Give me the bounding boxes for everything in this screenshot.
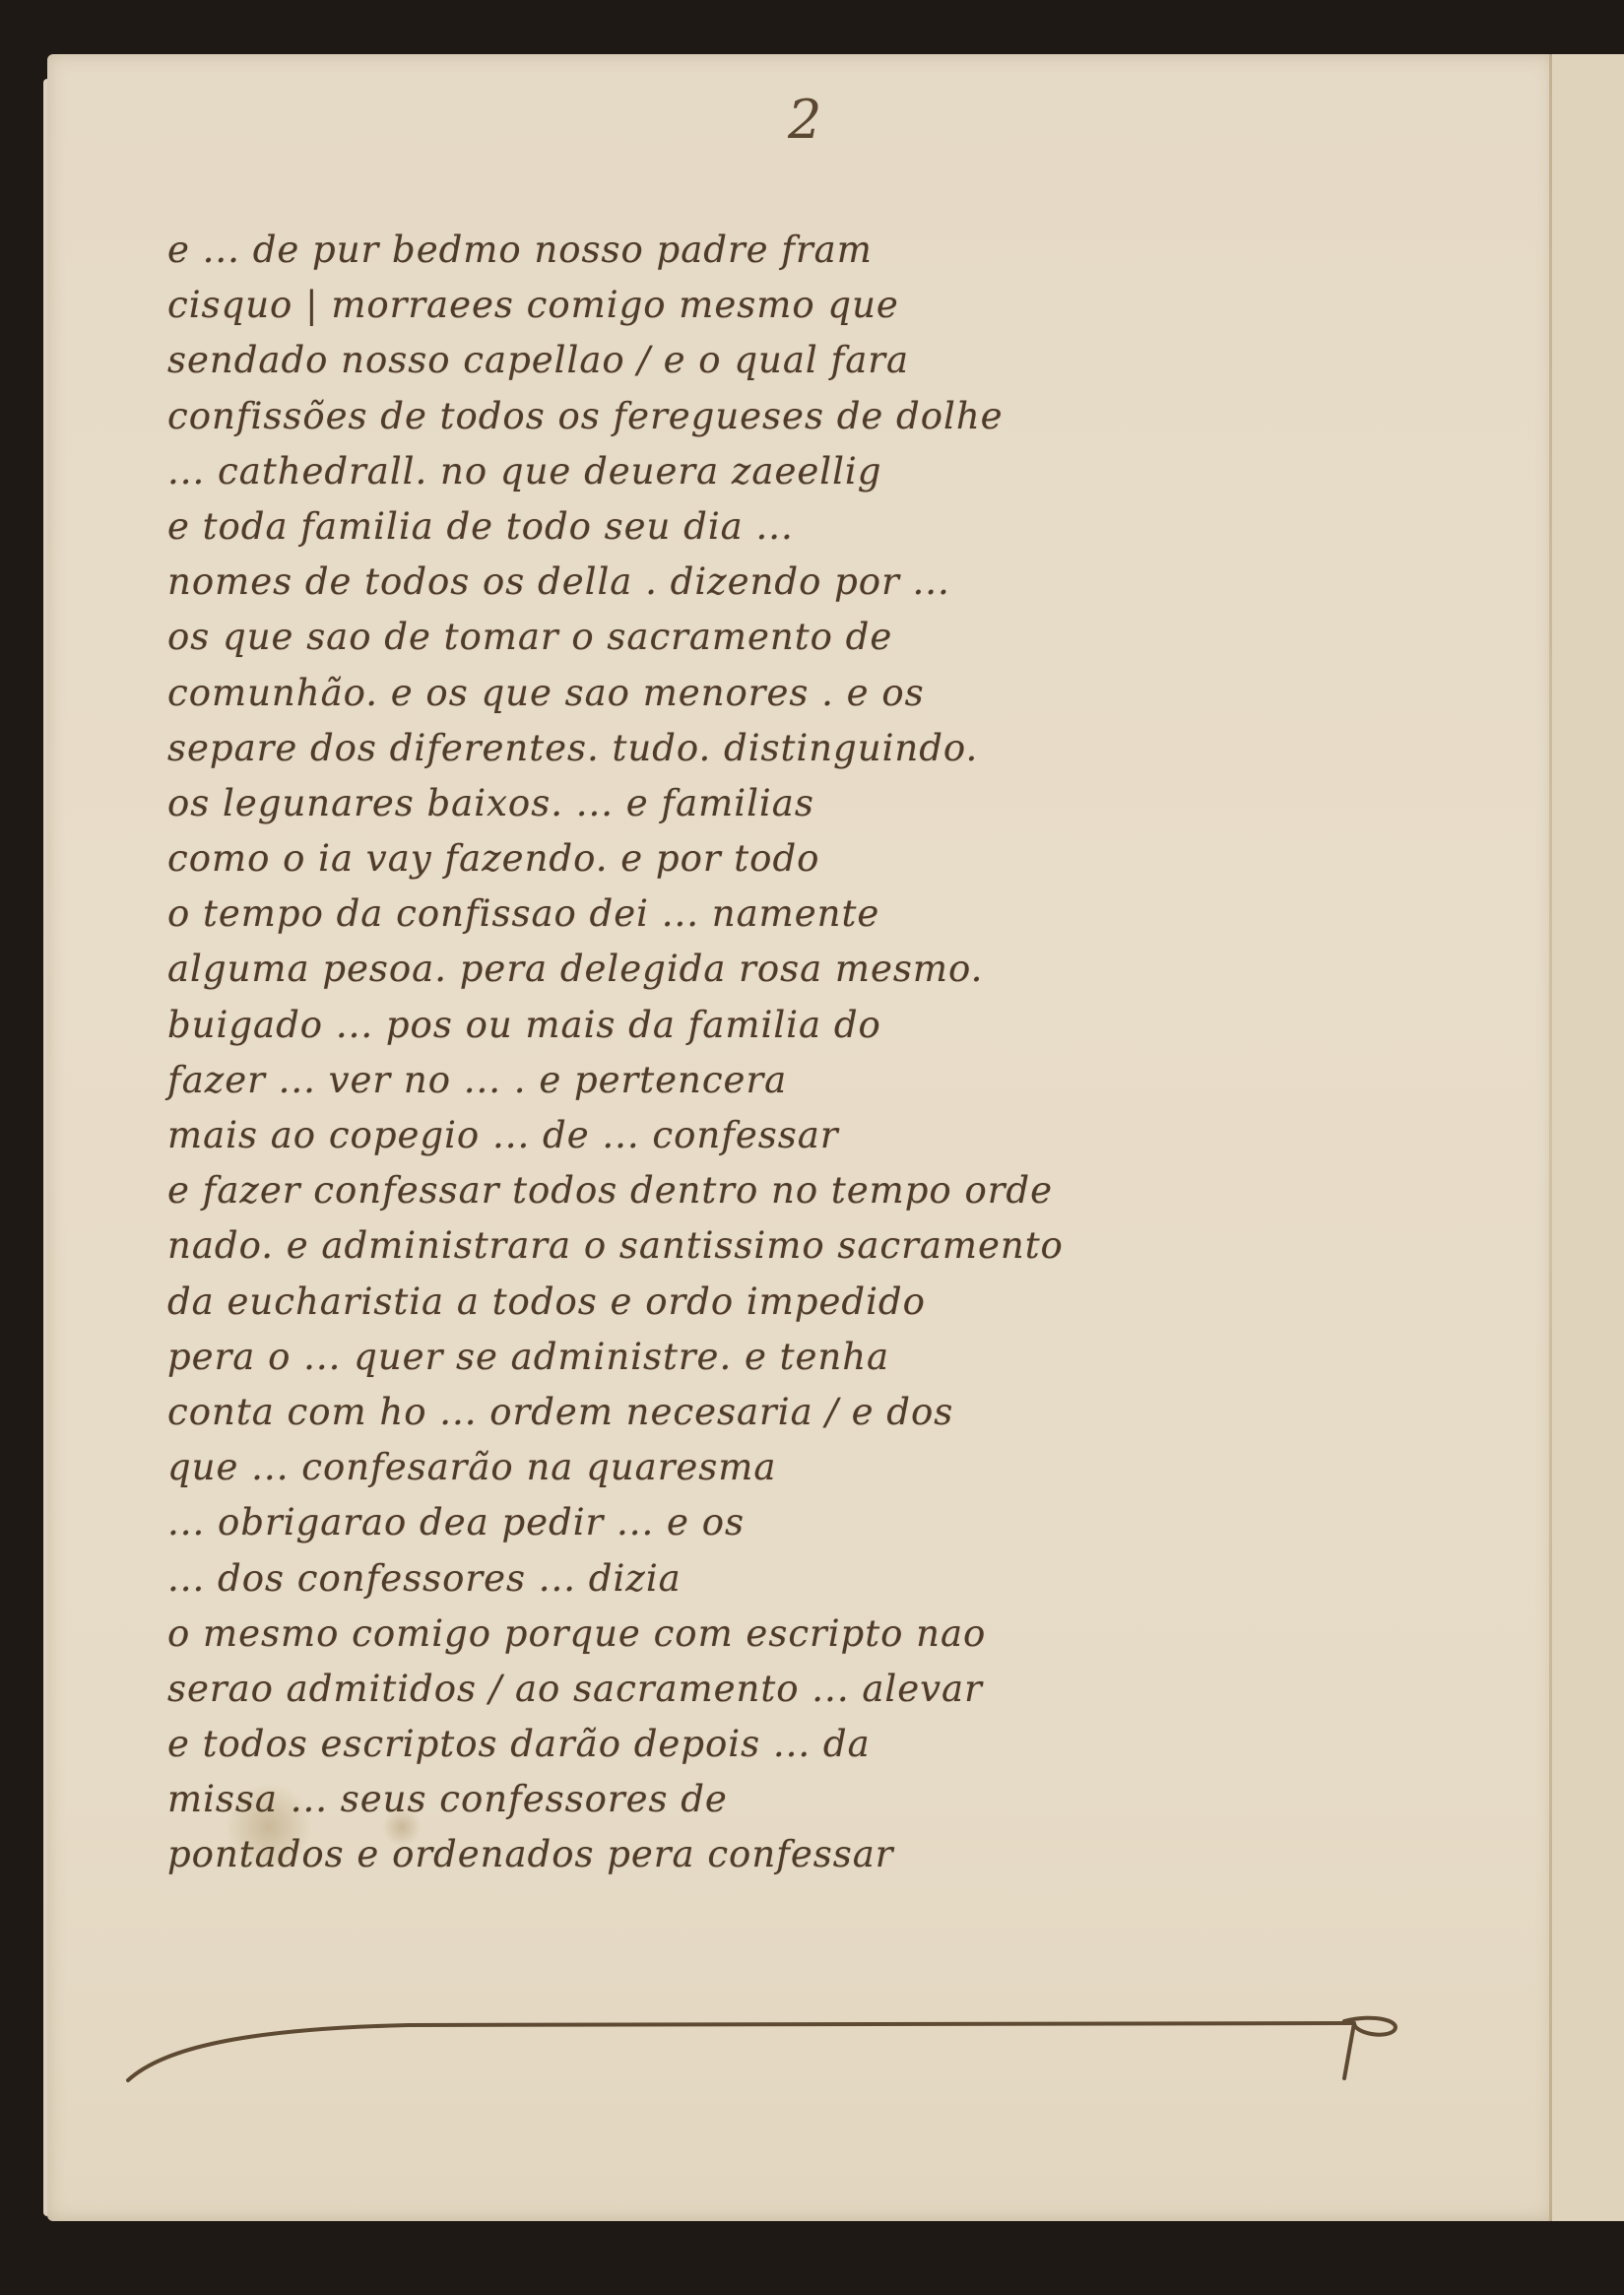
text-line: e ... de pur bedmo nosso padre fram — [167, 229, 1507, 284]
text-line: e fazer confessar todos dentro no tempo … — [167, 1169, 1507, 1224]
text-line: missa ... seus confessores de — [167, 1778, 1507, 1833]
text-line: confissões de todos os feregueses de dol… — [167, 395, 1507, 450]
text-line: ... cathedrall. no que deuera zaeellig — [167, 450, 1507, 505]
text-line: cisquo | morraees comigo mesmo que — [167, 284, 1507, 339]
text-line: buigado ... pos ou mais da familia do — [167, 1004, 1507, 1059]
text-line: que ... confesarão na quaresma — [167, 1446, 1507, 1501]
text-line: serao admitidos / ao sacramento ... alev… — [167, 1668, 1507, 1723]
text-line: nomes de todos os della . dizendo por ..… — [167, 560, 1507, 616]
text-line: ... dos confessores ... dizia — [167, 1557, 1507, 1612]
text-line: alguma pesoa. pera delegida rosa mesmo. — [167, 948, 1507, 1003]
text-line: comunhão. e os que sao menores . e os — [167, 672, 1507, 727]
text-line: e todos escriptos darão depois ... da — [167, 1723, 1507, 1778]
text-line: e toda familia de todo seu dia ... — [167, 505, 1507, 560]
text-line: sendado nosso capellao / e o qual fara — [167, 339, 1507, 394]
text-line: o tempo da confissao dei ... namente — [167, 892, 1507, 948]
facing-page-edge — [1552, 54, 1624, 2221]
text-line: separe dos diferentes. tudo. distinguind… — [167, 727, 1507, 782]
text-line: pera o ... quer se administre. e tenha — [167, 1336, 1507, 1391]
text-line: conta com ho ... ordem necesaria / e dos — [167, 1391, 1507, 1446]
closing-flourish-line — [123, 2009, 1443, 2088]
text-line: o mesmo comigo porque com escripto nao — [167, 1612, 1507, 1668]
text-line: os legunares baixos. ... e familias — [167, 782, 1507, 837]
text-line: ... obrigarao dea pedir ... e os — [167, 1501, 1507, 1556]
manuscript-text: e ... de pur bedmo nosso padre fram cisq… — [167, 229, 1507, 1889]
text-line: nado. e administrara o santissimo sacram… — [167, 1224, 1507, 1279]
text-line: mais ao copegio ... de ... confessar — [167, 1114, 1507, 1169]
text-line: os que sao de tomar o sacramento de — [167, 616, 1507, 671]
text-line: pontados e ordenados pera confessar — [167, 1833, 1507, 1888]
folio-number: 2 — [788, 89, 821, 151]
text-line: fazer ... ver no ... . e pertencera — [167, 1059, 1507, 1114]
text-line: como o ia vay fazendo. e por todo — [167, 837, 1507, 892]
text-line: da eucharistia a todos e ordo impedido — [167, 1280, 1507, 1336]
